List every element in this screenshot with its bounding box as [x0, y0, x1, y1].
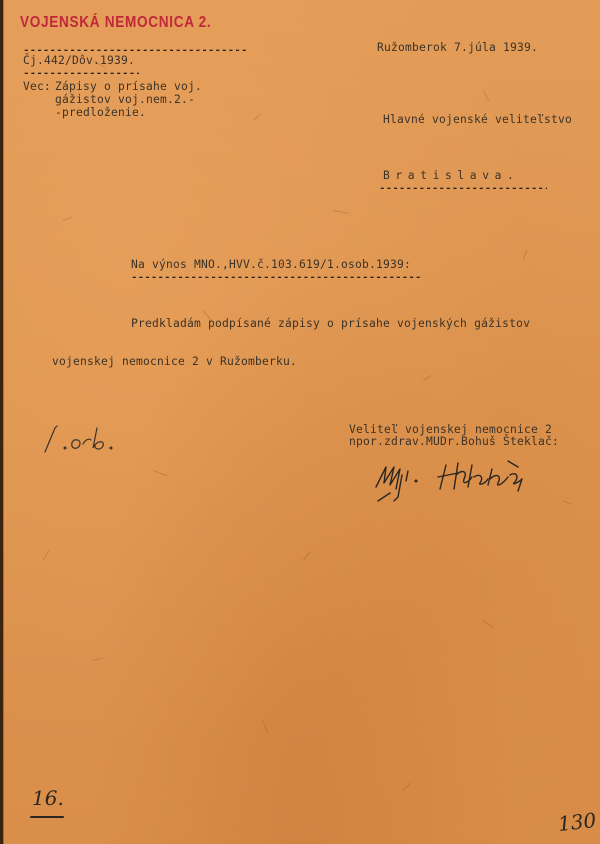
- folio-underline: [30, 816, 64, 818]
- reference-number: Čj.442/Dôv.1939.: [23, 55, 135, 67]
- divider: -------------------: [23, 69, 139, 79]
- place-date: Ružomberok 7.júla 1939.: [377, 42, 538, 54]
- body-line: vojenskej nemocnice 2 v Ružomberku.: [52, 356, 297, 368]
- header-stamp: VOJENSKÁ NEMOCNICA 2.: [20, 14, 211, 32]
- recipient-name: Hlavné vojenské veliteľstvo: [383, 114, 572, 126]
- signature-name: npor.zdrav.MUDr.Bohuš Šteklač:: [349, 436, 559, 448]
- body-line: Predkladám podpísané zápisy o prísahe vo…: [131, 318, 530, 330]
- folio-right: 130: [557, 808, 597, 836]
- margin-note: 1.orb.: [37, 418, 127, 458]
- reference-decree: Na výnos MNO.,HVV.č.103.619/1.osob.1939:: [131, 259, 411, 271]
- recipient-city: Bratislava.: [383, 170, 519, 182]
- subject-line: Zápisy o prísahe voj.: [55, 81, 202, 93]
- document-page: VOJENSKÁ NEMOCNICA 2. ------------------…: [3, 0, 600, 844]
- folio-left: 16.: [32, 786, 64, 810]
- subject-line: gážistov voj.nem.2.-: [55, 94, 195, 106]
- divider: -----------------------------: [379, 184, 547, 194]
- divider: ----------------------------------------…: [131, 273, 421, 283]
- subject-label: Vec:: [23, 81, 51, 93]
- handwritten-signature: [368, 455, 558, 505]
- subject-line: -predloženie.: [55, 107, 146, 119]
